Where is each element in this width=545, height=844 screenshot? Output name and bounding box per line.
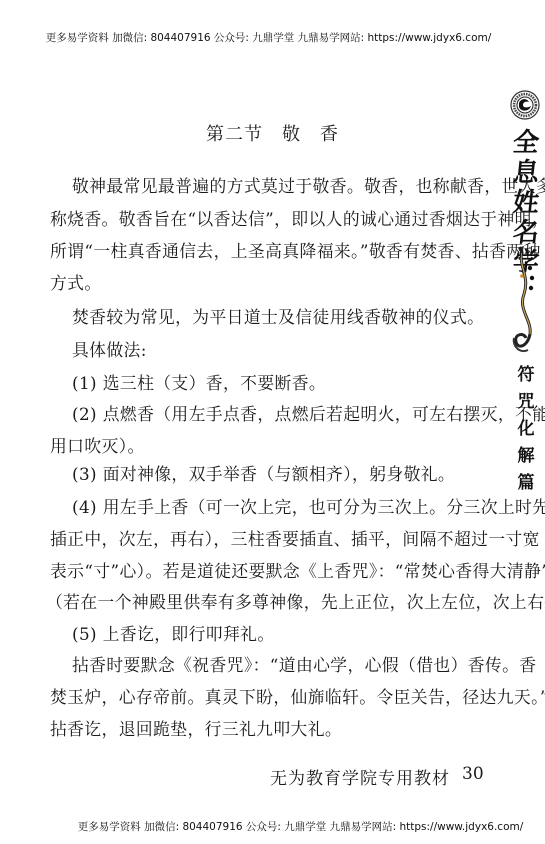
watermark-top: 更多易学资料 加微信: 804407916 公众号: 九鼎学堂 九鼎易学网站: …: [0, 30, 541, 45]
subtitle-vertical: 符 咒 化 解 篇: [514, 362, 538, 497]
section-title: 第二节 敬 香: [0, 120, 545, 146]
subtitle-char: 解: [514, 443, 538, 470]
text-line: （若在一个神殿里供奉有多尊神像，先上正位，次上左位，次上右位。）: [46, 590, 545, 614]
subtitle-char: 符: [514, 362, 538, 389]
text-line: 表示“寸”心）。若是道徒还要默念《上香咒》：“常焚心香得大清静”。: [50, 559, 545, 583]
text-line: 拈香时要默念《祝香咒》：“道由心学，心假（借也）香传。香: [72, 653, 536, 677]
text-line: 称烧香。敬香旨在“以香达信”，即以人的诚心通过香烟达于神明，: [50, 207, 545, 231]
text-line: 焚玉炉，心存帝前。真灵下盼，仙旆临轩。令臣关告，径达九天。”: [50, 685, 545, 709]
text-line: (3) 面对神像，双手举香（与额相齐），躬身敬礼。: [72, 462, 455, 486]
text-line: (1) 选三柱（支）香，不要断香。: [72, 371, 326, 395]
text-line: (2) 点燃香（用左手点香，点燃后若起明火，可左右摆灭，不能: [72, 402, 545, 426]
text-line: 所谓“一柱真香通信去，上圣高真降福来。”敬香有焚香、拈香两种: [50, 239, 541, 263]
page-number: 30: [462, 764, 484, 784]
watermark-bottom: 更多易学资料 加微信: 804407916 公众号: 九鼎学堂 九鼎易学网站: …: [28, 819, 545, 834]
text-line: (5) 上香讫，即行叩拜礼。: [72, 622, 275, 646]
text-line: 敬神最常见最普遍的方式莫过于敬香。敬香，也称献香，世人多: [72, 174, 545, 198]
circular-emblem-icon: [510, 90, 540, 120]
text-line: (4) 用左手上香（可一次上完，也可分为三次上。分三次上时先: [72, 495, 545, 519]
text-line: 插正中，次左，再右），三柱香要插直、插平，间隔不超过一寸宽（以: [50, 527, 545, 551]
text-line: 焚香较为常见，为平日道士及信徒用线香敬神的仪式。: [72, 305, 484, 329]
text-line: 用口吹灭）。: [50, 434, 145, 458]
text-line: 方式。: [50, 271, 102, 295]
text-line: 具体做法:: [72, 338, 147, 362]
subtitle-char: 篇: [514, 470, 538, 497]
footer-publisher-label: 无为教育学院专用教材: [270, 764, 450, 789]
text-line: 拈香讫，退回跪垫，行三礼九叩大礼。: [50, 717, 342, 741]
